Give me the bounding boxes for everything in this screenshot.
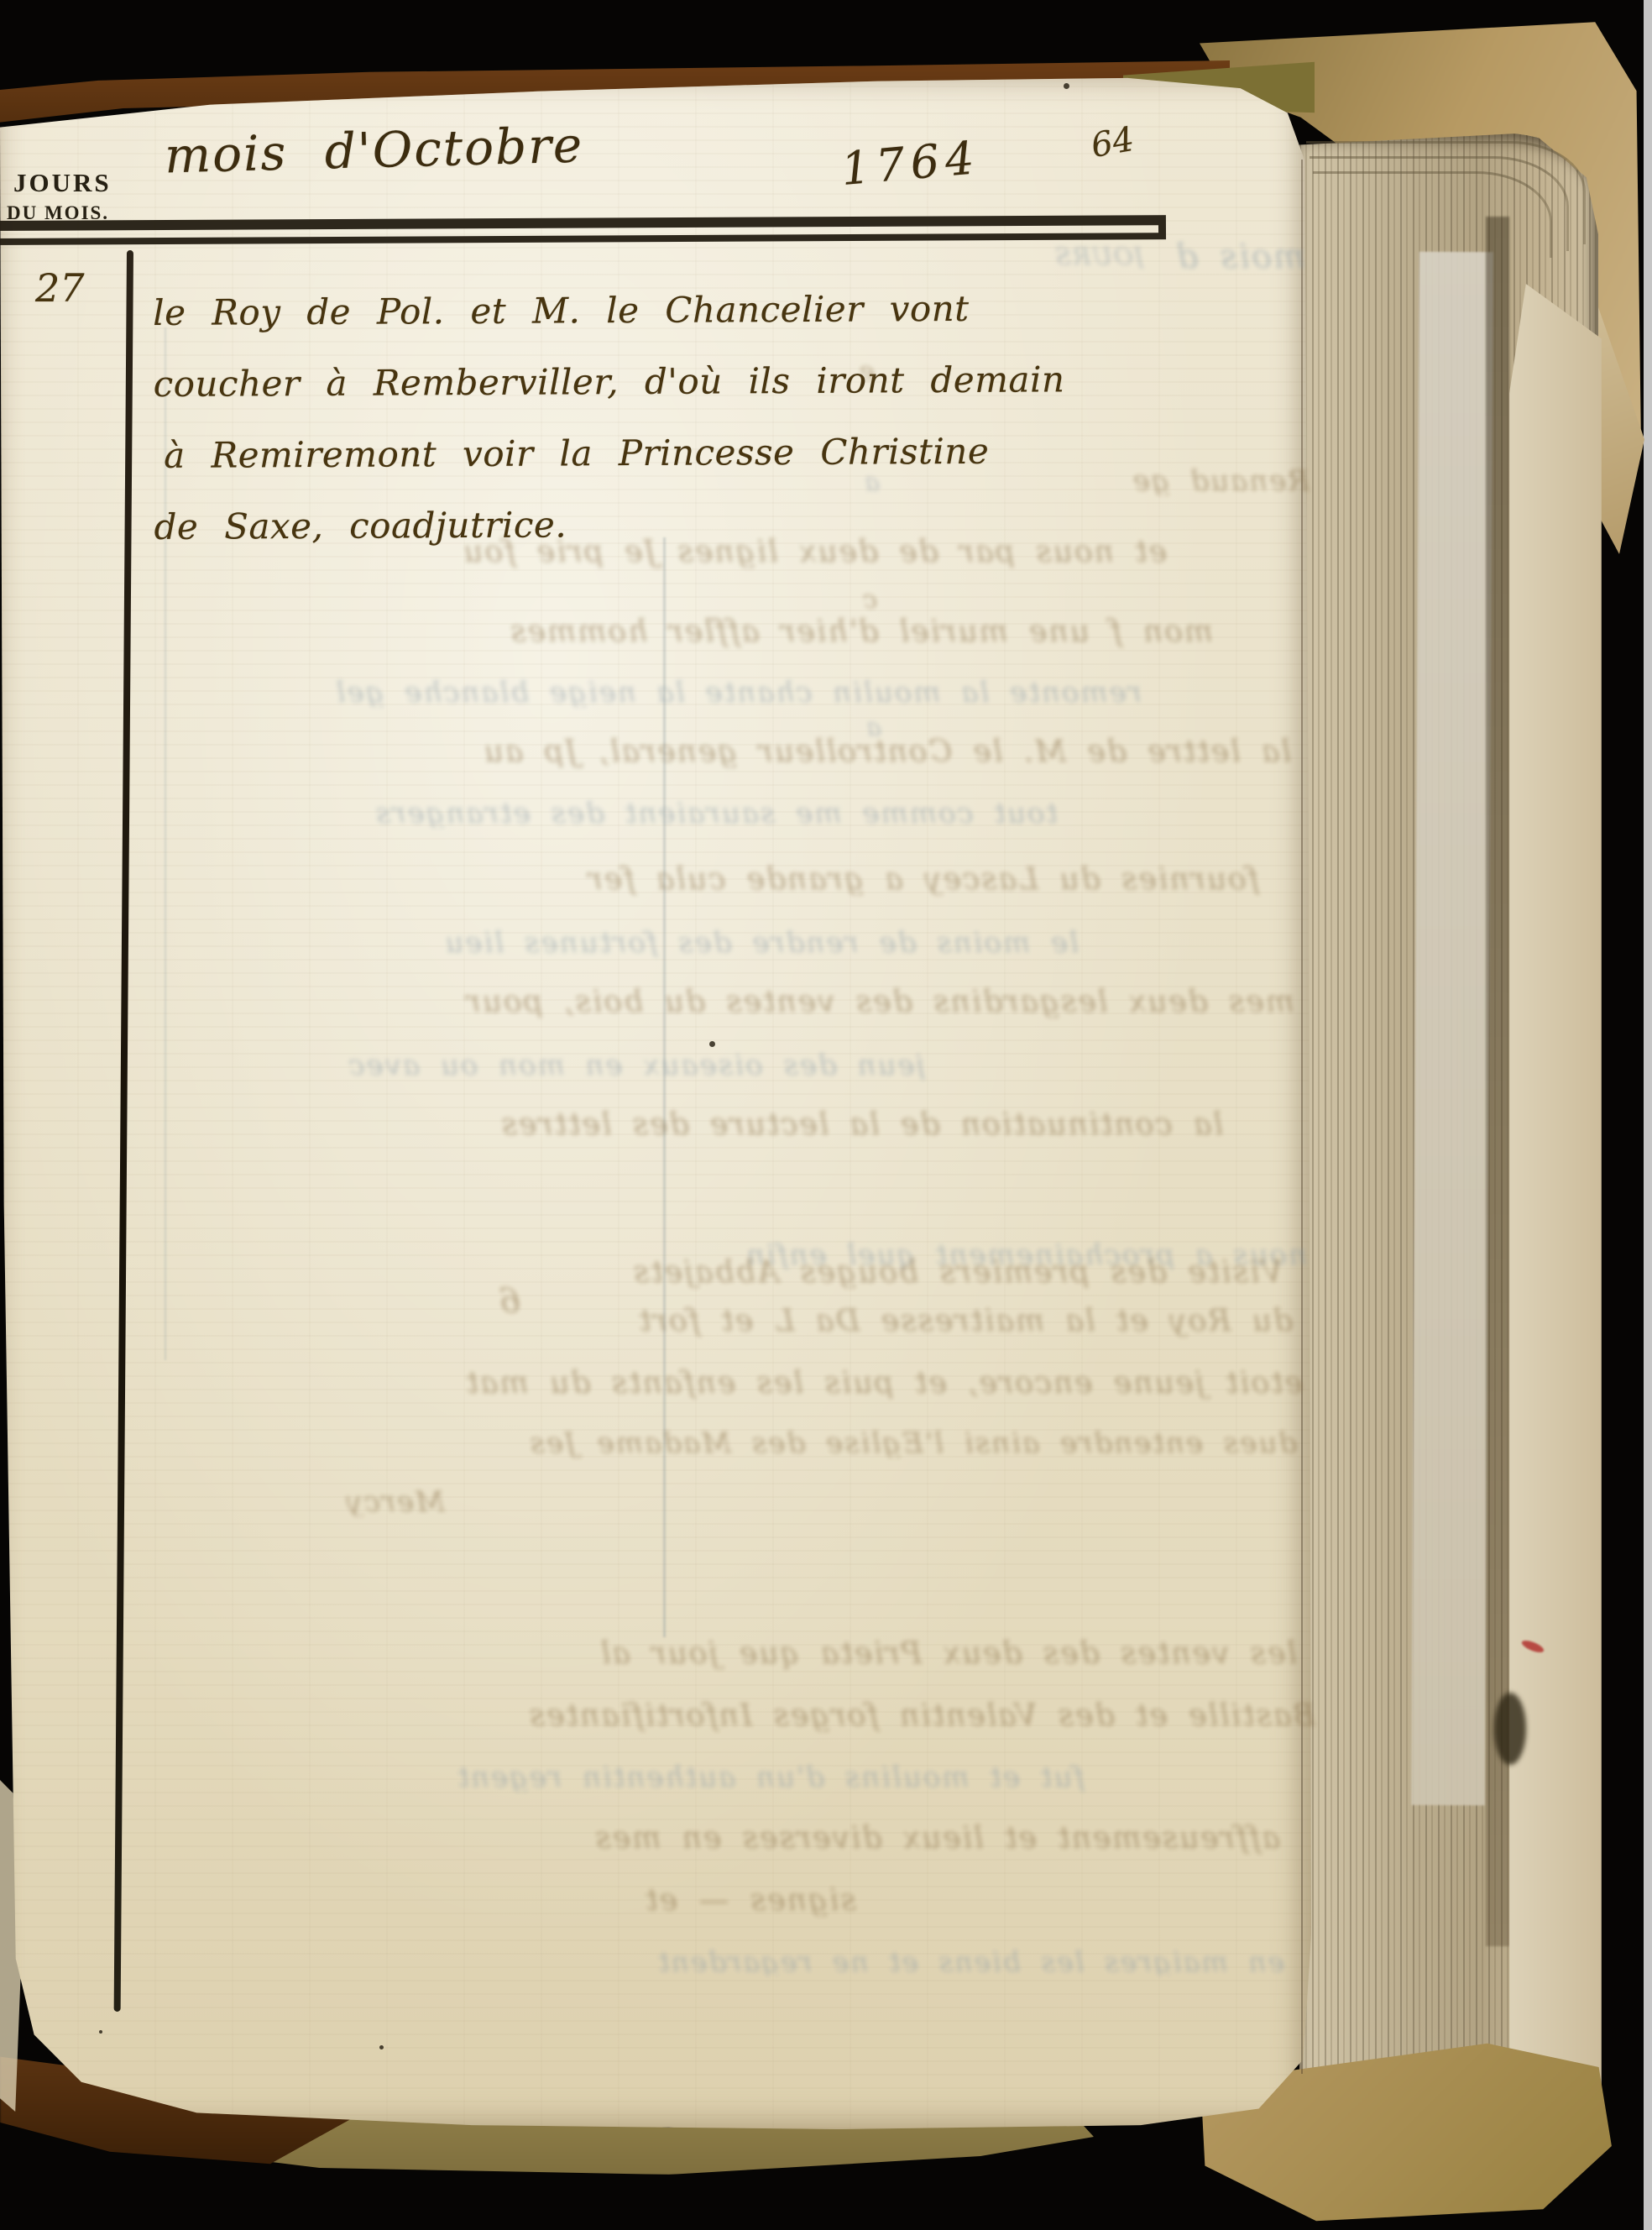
scanned-book-page: JOURS DU MOIS. mois d'Octobre 1764 64 27… <box>0 0 1652 2230</box>
ink-speck <box>379 2045 384 2049</box>
ink-speck <box>99 2030 102 2034</box>
specks-layer <box>0 0 1652 2230</box>
ink-speck <box>1064 83 1069 89</box>
ink-speck <box>709 1041 715 1047</box>
